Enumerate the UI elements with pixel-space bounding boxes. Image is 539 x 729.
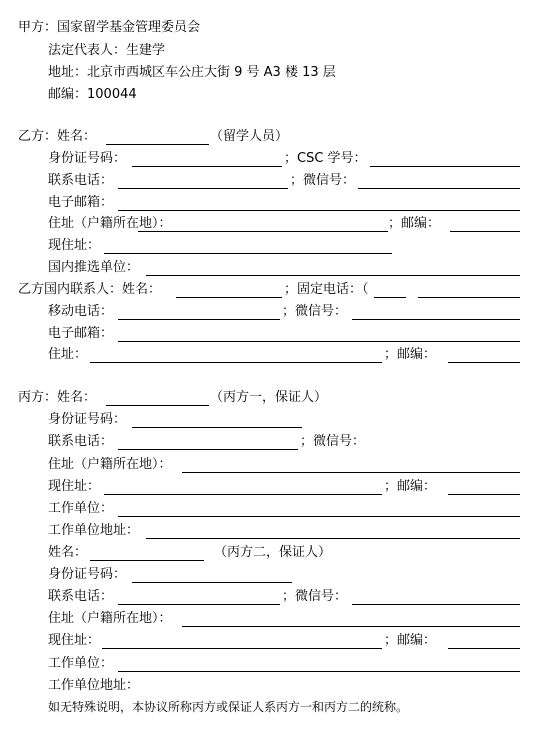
party-b-nominating-unit-row: 国内推选单位： (48, 258, 538, 278)
party-c1-hukou-row: 住址（户籍所在地）： (48, 455, 538, 475)
contact-postcode-field[interactable] (448, 362, 520, 363)
contact-wechat-field[interactable] (352, 319, 520, 320)
party-b-phone-row: 联系电话： ；微信号： (48, 171, 538, 191)
party-b-name-field[interactable] (106, 144, 209, 145)
party-c2-phone-row: 联系电话： ；微信号： (48, 587, 538, 607)
party-b-email-field[interactable] (118, 210, 520, 211)
contact-landline-field[interactable] (418, 297, 520, 298)
party-c2-hukou-field[interactable] (182, 626, 520, 627)
party-b-wechat-field[interactable] (358, 188, 520, 189)
contact-mobile-field[interactable] (118, 319, 280, 320)
party-c1-phone-row: 联系电话： ；微信号： (48, 432, 538, 452)
contact-email-field[interactable] (118, 341, 520, 342)
party-c1-work-unit-field[interactable] (118, 516, 520, 517)
party-b-csc-field[interactable] (370, 166, 520, 167)
party-b-current-address-row: 现住址： (48, 236, 538, 256)
contact-email-row: 电子邮箱： (48, 324, 538, 344)
contact-address-row: 住址： ；邮编： (48, 345, 538, 365)
party-c2-wechat-field[interactable] (352, 604, 520, 605)
party-c1-work-unit-row: 工作单位： (48, 499, 538, 519)
party-b-hukou-field[interactable] (138, 231, 388, 232)
party-c2-id-field[interactable] (132, 582, 292, 583)
contact-mobile-row: 移动电话： ；微信号： (48, 302, 538, 322)
party-c2-name-row: 姓名： （丙方二，保证人） (48, 543, 538, 563)
party-c1-name-row: 丙方：姓名： （丙方一，保证人） (18, 388, 538, 408)
contact-area-code-field[interactable] (374, 297, 406, 298)
party-c2-work-address-row: 工作单位地址： (48, 676, 538, 696)
party-c1-phone-field[interactable] (118, 449, 298, 450)
party-c1-current-address-row: 现住址： ；邮编： (48, 477, 538, 497)
party-c2-phone-field[interactable] (118, 604, 280, 605)
contact-address-field[interactable] (90, 362, 382, 363)
party-c1-hukou-field[interactable] (182, 472, 520, 473)
contact-name-field[interactable] (176, 297, 282, 298)
party-c1-id-row: 身份证号码： (48, 410, 538, 430)
party-b-nominating-unit-field[interactable] (146, 275, 520, 276)
party-c2-current-address-field[interactable] (102, 648, 382, 649)
party-c1-work-address-field[interactable] (146, 538, 520, 539)
party-c1-id-field[interactable] (132, 427, 302, 428)
party-c2-current-address-row: 现住址： ；邮编： (48, 631, 538, 651)
party-c2-work-unit-row: 工作单位： (48, 654, 538, 674)
party-c1-current-address-field[interactable] (104, 494, 382, 495)
party-c1-work-address-row: 工作单位地址： (48, 521, 538, 541)
party-b-email-row: 电子邮箱： (48, 193, 538, 213)
party-c1-postcode-field[interactable] (448, 494, 520, 495)
party-b-hukou-row: 住址（户籍所在地）： ；邮编： (48, 214, 538, 234)
party-c2-postcode-field[interactable] (448, 648, 520, 649)
party-c2-id-row: 身份证号码： (48, 565, 538, 585)
party-b-id-row: 身份证号码： ；CSC 学号： (48, 149, 538, 169)
party-c2-name-field[interactable] (90, 560, 204, 561)
party-b-postcode-field[interactable] (450, 231, 520, 232)
party-c2-work-unit-field[interactable] (118, 671, 520, 672)
party-c1-name-field[interactable] (106, 405, 209, 406)
party-b-current-address-field[interactable] (104, 253, 392, 254)
contact-name-row: 乙方国内联系人：姓名： ；固定电话：（ (18, 280, 538, 300)
party-b-id-field[interactable] (132, 166, 282, 167)
party-b-phone-field[interactable] (118, 188, 288, 189)
party-c2-hukou-row: 住址（户籍所在地）： (48, 609, 538, 629)
party-b-name-row: 乙方：姓名： （留学人员） (18, 127, 538, 147)
